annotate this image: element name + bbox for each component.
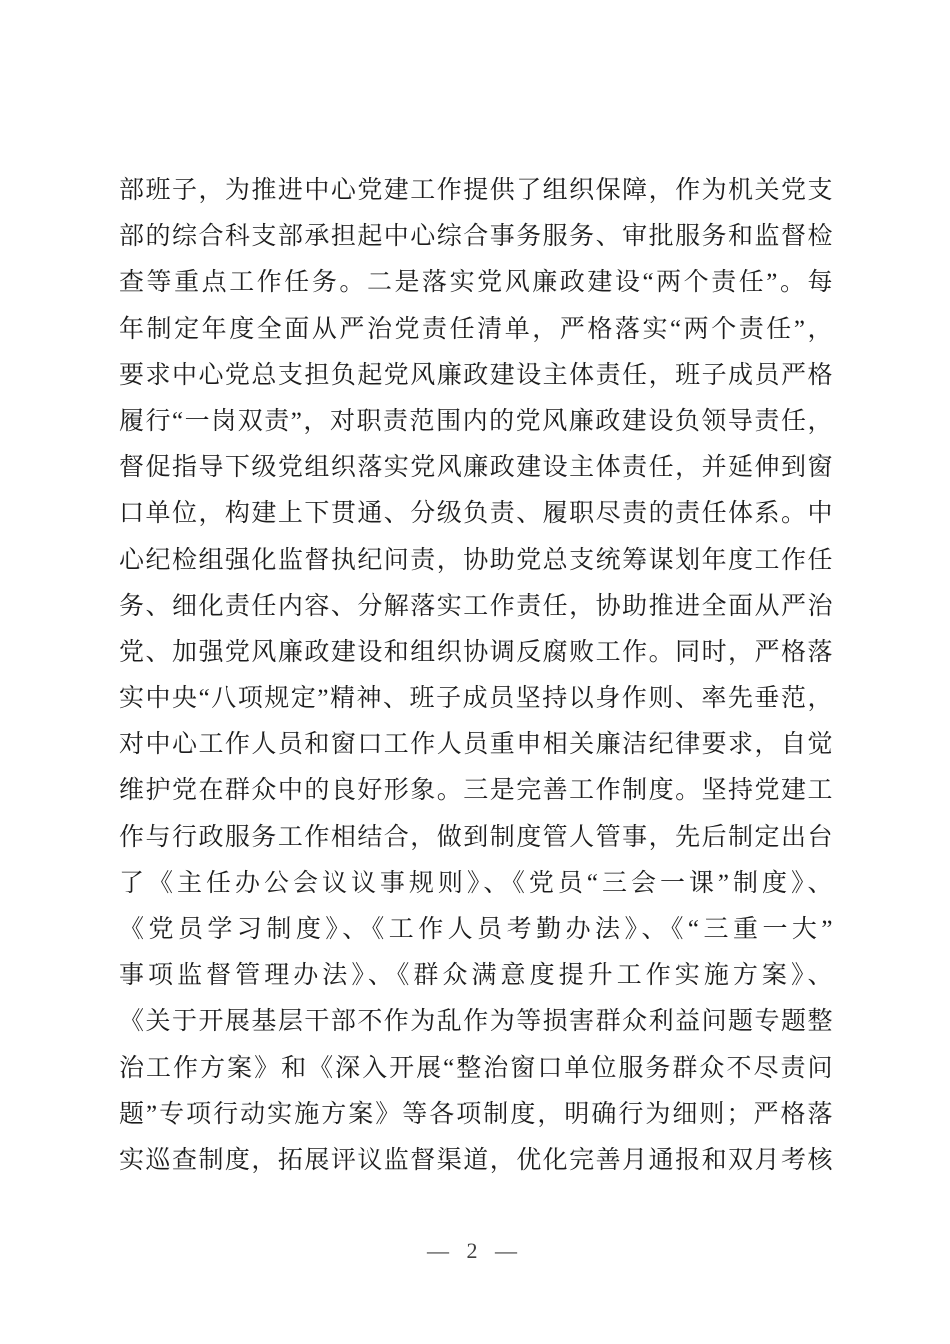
text-line: 党、加强党风廉政建设和组织协调反腐败工作。同时，严格落 — [119, 630, 833, 676]
text-line: 对中心工作人员和窗口工作人员重申相关廉洁纪律要求，自觉 — [119, 722, 833, 768]
text-line: 督促指导下级党组织落实党风廉政建设主体责任，并延伸到窗 — [119, 445, 833, 491]
text-line: 实巡查制度，拓展评议监督渠道，优化完善月通报和双月考核 — [119, 1138, 833, 1184]
text-line: 履行“一岗双责”，对职责范围内的党风廉政建设负领导责任， — [119, 399, 833, 445]
text-line: 部班子，为推进中心党建工作提供了组织保障，作为机关党支 — [119, 168, 833, 214]
text-line: 《关于开展基层干部不作为乱作为等损害群众利益问题专题整 — [119, 999, 833, 1045]
text-line: 务、细化责任内容、分解落实工作责任，协助推进全面从严治 — [119, 584, 833, 630]
text-line: 部的综合科支部承担起中心综合事务服务、审批服务和监督检 — [119, 214, 833, 260]
page-footer: — 2 — — [0, 1238, 950, 1264]
body-text-block: 部班子，为推进中心党建工作提供了组织保障，作为机关党支 部的综合科支部承担起中心… — [119, 168, 833, 1184]
text-line: 题”专项行动实施方案》等各项制度，明确行为细则；严格落 — [119, 1092, 833, 1138]
text-line: 年制定年度全面从严治党责任清单，严格落实“两个责任”， — [119, 307, 833, 353]
text-line: 治工作方案》和《深入开展“整治窗口单位服务群众不尽责问 — [119, 1046, 833, 1092]
text-line: 了《主任办公会议议事规则》、《党员“三会一课”制度》、 — [119, 861, 833, 907]
text-line: 口单位，构建上下贯通、分级负责、履职尽责的责任体系。中 — [119, 491, 833, 537]
text-line: 事项监督管理办法》、《群众满意度提升工作实施方案》、 — [119, 953, 833, 999]
page-number: — 2 — — [427, 1238, 523, 1264]
text-line: 作与行政服务工作相结合，做到制度管人管事，先后制定出台 — [119, 815, 833, 861]
text-line: 查等重点工作任务。二是落实党风廉政建设“两个责任”。每 — [119, 260, 833, 306]
text-line: 《党员学习制度》、《工作人员考勤办法》、《“三重一大” — [119, 907, 833, 953]
document-page: 部班子，为推进中心党建工作提供了组织保障，作为机关党支 部的综合科支部承担起中心… — [0, 0, 950, 1344]
text-line: 心纪检组强化监督执纪问责，协助党总支统筹谋划年度工作任 — [119, 538, 833, 584]
text-line: 实中央“八项规定”精神、班子成员坚持以身作则、率先垂范， — [119, 676, 833, 722]
text-line: 要求中心党总支担负起党风廉政建设主体责任，班子成员严格 — [119, 353, 833, 399]
text-line: 维护党在群众中的良好形象。三是完善工作制度。坚持党建工 — [119, 768, 833, 814]
